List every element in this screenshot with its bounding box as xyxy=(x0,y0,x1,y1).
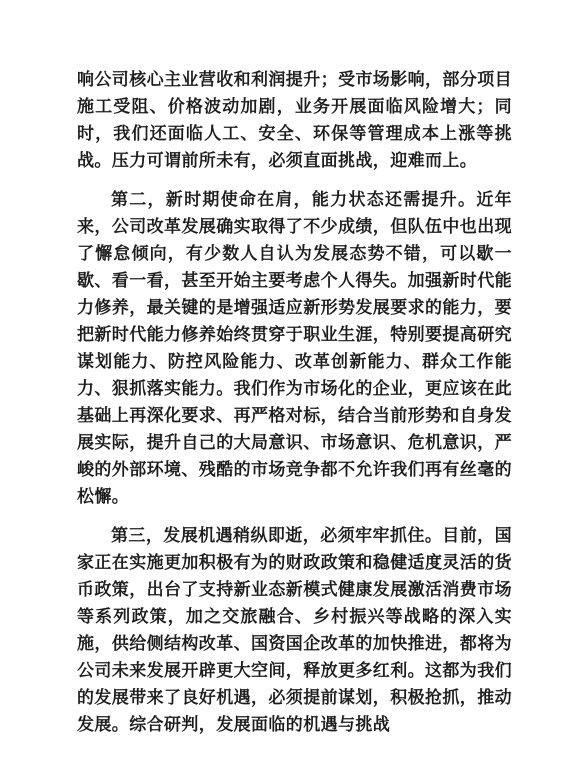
paragraph-1: 响公司核心主业营收和利润提升；受市场影响，部分项目施工受阻、价格波动加剧，业务开… xyxy=(77,66,512,174)
document-page: 响公司核心主业营收和利润提升；受市场影响，部分项目施工受阻、价格波动加剧，业务开… xyxy=(0,0,586,759)
page-background: { "page": { "background_color": "#ffffff… xyxy=(0,0,586,759)
paragraph-3: 第三，发展机遇稍纵即逝，必须牢牢抓住。目前，国家正在实施更加积极有为的财政政策和… xyxy=(77,522,512,738)
paragraph-2: 第二，新时期使命在肩，能力状态还需提升。近年来，公司改革发展确实取得了不少成绩，… xyxy=(77,186,512,510)
